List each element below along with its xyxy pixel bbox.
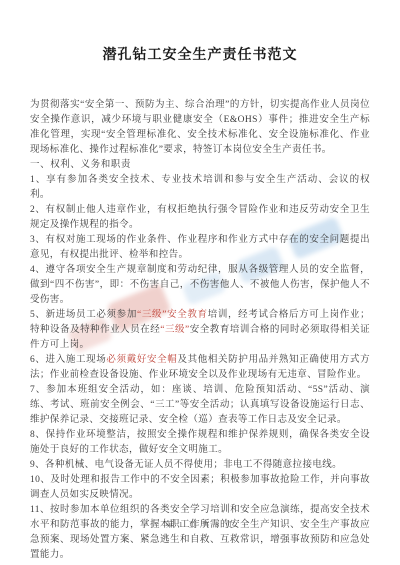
paragraph: 4、遵守各项安全生产规章制度和劳动纪律，服从各级管理人员的安全监督，做到“四不伤… (30, 263, 370, 308)
highlighted-text: “三级” (160, 325, 189, 335)
highlighted-text: 必须戴好安全帽 (106, 355, 177, 365)
paragraph: 1、享有参加各类安全技术、专业技术培训和参与安全生产活动、会议的权利。 (30, 173, 370, 203)
paragraph: 11、按时参加本单位组织的各类安全学习培训和安全应急演练，提高安全技术水平和防范… (30, 503, 370, 563)
paragraph: 9、各种机械、电气设备无证人员不得使用；非电工不得随意拉接电线。 (30, 458, 370, 473)
text-segment: 8、保持作业环境整洁，按照安全操作规程和维护保养规则，确保各类安全设施处于良好的… (30, 430, 370, 455)
paragraph: 为贯彻落实“安全第一、预防为主、综合治理”的方针，切实提高作业人员岗位安全操作意… (30, 98, 370, 158)
text-segment: 5、新进场员工必须参加 (30, 310, 137, 320)
text-segment: 11、按时参加本单位组织的各类安全学习培训和安全应急演练，提高安全技术水平和防范… (30, 505, 370, 560)
highlighted-text: “三级”安全教育 (137, 310, 208, 320)
text-segment: 3、有权对施工现场的作业条件、作业程序和作业方式中存在的安全问题提出意见，有权提… (30, 235, 370, 260)
text-segment: 9、各种机械、电气设备无证人员不得使用；非电工不得随意拉接电线。 (30, 460, 342, 470)
text-segment: 一、权利、义务和职责 (30, 160, 131, 170)
text-segment: 2、有权制止他人违章作业，有权拒绝执行强令冒险作业和违反劳动安全卫生规定及操作规… (30, 205, 370, 230)
paragraph: 3、有权对施工现场的作业条件、作业程序和作业方式中存在的安全问题提出意见，有权提… (30, 233, 370, 263)
document-page: 潜孔钻工安全生产责任书范文 为贯彻落实“安全第一、预防为主、综合治理”的方针，切… (0, 0, 400, 565)
text-segment: 1、享有参加各类安全技术、专业技术培训和参与安全生产活动、会议的权利。 (30, 175, 370, 200)
paragraph: 7、参加本班组安全活动，如：座谈、培训、危险预知活动、“5S”活动、演练、考试、… (30, 383, 370, 428)
section-heading: 一、权利、义务和职责 (30, 158, 370, 173)
paragraph: 5、新进场员工必须参加“三级”安全教育培训，经考试合格后方可上岗作业；特种设备及… (30, 308, 370, 353)
text-segment: 6、进入施工现场 (30, 355, 106, 365)
text-segment: 10、及时处理和报告工作中的不安全因素；积极参加事故抢险工作，并向事故调查人员如… (30, 475, 370, 500)
paragraph: 2、有权制止他人违章作业，有权拒绝执行强令冒险作业和违反劳动安全卫生规定及操作规… (30, 203, 370, 233)
paragraph: 10、及时处理和报告工作中的不安全因素；积极参加事故抢险工作，并向事故调查人员如… (30, 473, 370, 503)
text-segment: 7、参加本班组安全活动，如：座谈、培训、危险预知活动、“5S”活动、演练、考试、… (30, 385, 370, 425)
text-segment: 4、遵守各项安全生产规章制度和劳动纪律，服从各级管理人员的安全监督，做到“四不伤… (30, 265, 370, 305)
paragraph: 8、保持作业环境整洁，按照安全操作规程和维护保养规则，确保各类安全设施处于良好的… (30, 428, 370, 458)
page-number-footer: 第 1 页 共 8 页 (0, 519, 400, 530)
document-body: 为贯彻落实“安全第一、预防为主、综合治理”的方针，切实提高作业人员岗位安全操作意… (30, 98, 370, 563)
document-title: 潜孔钻工安全生产责任书范文 (30, 46, 370, 66)
paragraph: 6、进入施工现场必须戴好安全帽及其他相关防护用品并熟知正确使用方式方法；作业前检… (30, 353, 370, 383)
text-segment: 为贯彻落实“安全第一、预防为主、综合治理”的方针，切实提高作业人员岗位安全操作意… (30, 100, 370, 155)
